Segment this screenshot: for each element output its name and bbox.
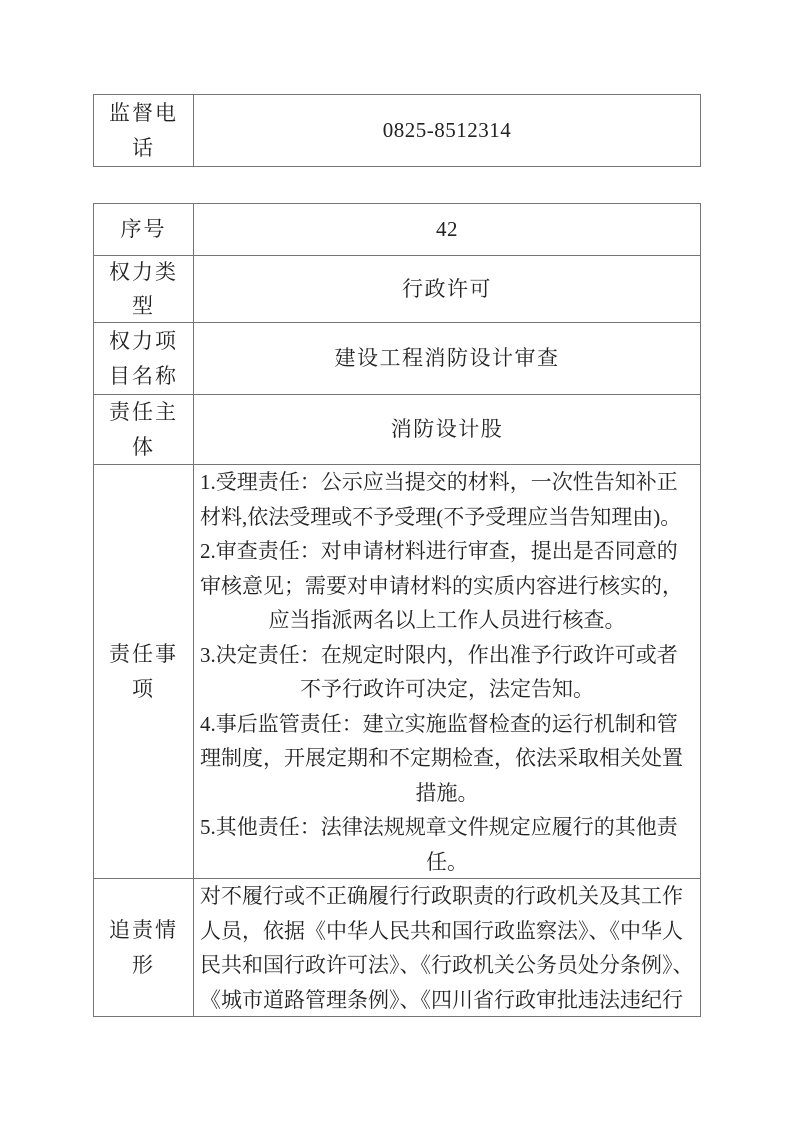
row-value: 建设工程消防设计审查 bbox=[194, 323, 700, 394]
text-line: 对不履行或不正确履行行政职责的行政机关及其工作 bbox=[200, 879, 694, 914]
row-label: 监督电 话 bbox=[94, 95, 194, 166]
row-label: 权力类 型 bbox=[94, 256, 194, 322]
row-label: 追责情 形 bbox=[94, 879, 194, 1016]
power-item-table: 序号 42 权力类 型 行政许可 权力项 目名称 建设工程消防设计审查 责任主 … bbox=[93, 203, 701, 1017]
text-line: 4.事后监管责任：建立实施监督检查的运行机制和管 bbox=[200, 707, 694, 742]
table-row: 责任主 体 消防设计股 bbox=[94, 394, 700, 464]
text-line: 措施。 bbox=[200, 776, 694, 811]
text-line: 任。 bbox=[200, 845, 694, 880]
row-value: 行政许可 bbox=[194, 256, 700, 322]
text-line: 民共和国行政许可法》、《行政机关公务员处分条例》、 bbox=[200, 948, 694, 983]
row-value: 42 bbox=[194, 204, 700, 255]
row-value: 对不履行或不正确履行行政职责的行政机关及其工作 人员，依据《中华人民共和国行政监… bbox=[194, 879, 700, 1016]
text-line: 1.受理责任：公示应当提交的材料，一次性告知补正 bbox=[200, 465, 694, 500]
row-label: 责任主 体 bbox=[94, 395, 194, 464]
row-value: 0825-8512314 bbox=[194, 95, 700, 166]
text-line: 人员，依据《中华人民共和国行政监察法》、《中华人 bbox=[200, 914, 694, 949]
text-line: 《城市道路管理条例》、《四川省行政审批违法违纪行 bbox=[200, 983, 694, 1018]
text-line: 材料,依法受理或不予受理(不予受理应当告知理由)。 bbox=[200, 500, 694, 535]
text-line: 3.决定责任：在规定时限内，作出准予行政许可或者 bbox=[200, 638, 694, 673]
row-label: 权力项 目名称 bbox=[94, 323, 194, 394]
text-line: 2.审查责任：对申请材料进行审查，提出是否同意的 bbox=[200, 534, 694, 569]
table-row: 权力类 型 行政许可 bbox=[94, 255, 700, 322]
table-row: 责任事 项 1.受理责任：公示应当提交的材料，一次性告知补正 材料,依法受理或不… bbox=[94, 464, 700, 878]
text-line: 应当指派两名以上工作人员进行核查。 bbox=[200, 603, 694, 638]
text-line: 不予行政许可决定，法定告知。 bbox=[200, 672, 694, 707]
table-row: 追责情 形 对不履行或不正确履行行政职责的行政机关及其工作 人员，依据《中华人民… bbox=[94, 878, 700, 1016]
row-value: 1.受理责任：公示应当提交的材料，一次性告知补正 材料,依法受理或不予受理(不予… bbox=[194, 465, 700, 878]
text-line: 审核意见；需要对申请材料的实质内容进行核实的， bbox=[200, 569, 694, 604]
table-row: 权力项 目名称 建设工程消防设计审查 bbox=[94, 322, 700, 394]
table-row: 序号 42 bbox=[94, 204, 700, 255]
text-line: 理制度，开展定期和不定期检查，依法采取相关处置 bbox=[200, 741, 694, 776]
supervision-phone-table: 监督电 话 0825-8512314 bbox=[93, 94, 701, 167]
row-label: 序号 bbox=[94, 204, 194, 255]
row-value: 消防设计股 bbox=[194, 395, 700, 464]
document-page: 监督电 话 0825-8512314 序号 42 权力类 型 行政许可 权力项 … bbox=[0, 0, 793, 1122]
table-row: 监督电 话 0825-8512314 bbox=[94, 95, 700, 166]
text-line: 5.其他责任：法律法规规章文件规定应履行的其他责 bbox=[200, 810, 694, 845]
row-label: 责任事 项 bbox=[94, 465, 194, 878]
